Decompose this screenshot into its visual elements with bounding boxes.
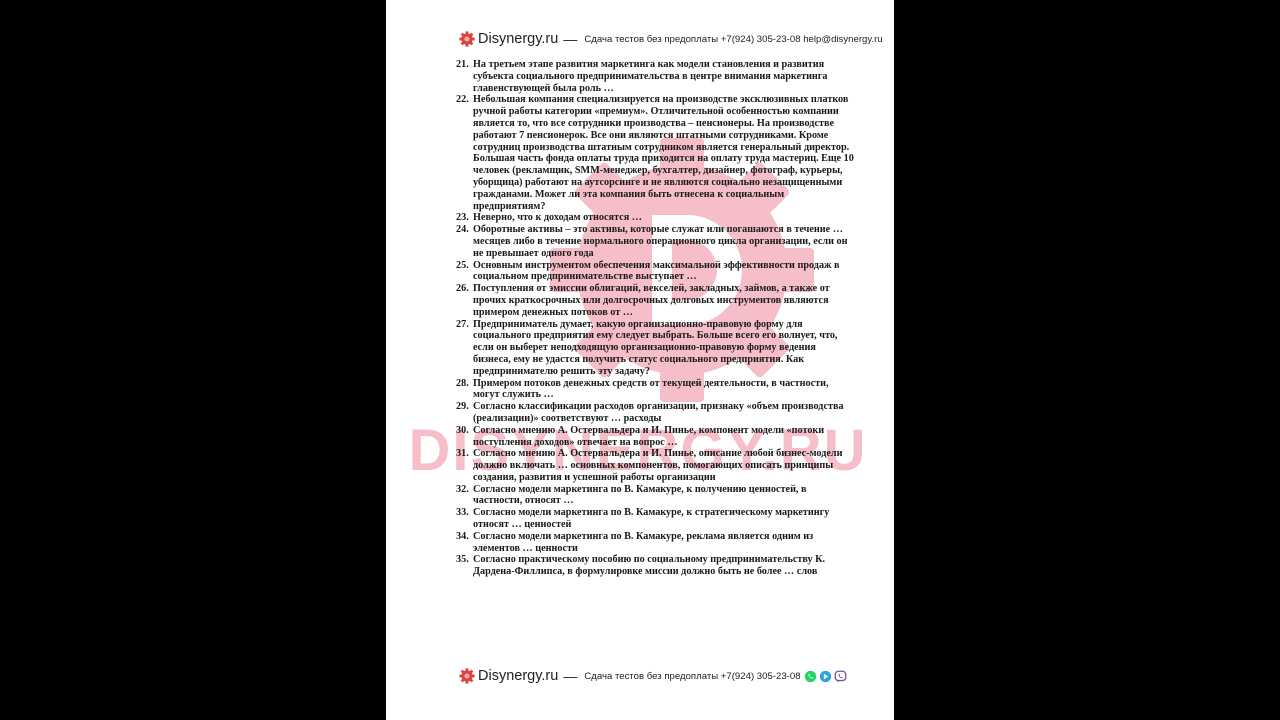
header-tagline: Сдача тестов без предоплаты +7(924) 305-… (584, 34, 882, 45)
question-text: Согласно практическому пособию по социал… (473, 554, 856, 578)
question-item: 34.Согласно модели маркетинга по В. Кама… (456, 531, 856, 555)
question-list: 21.На третьем этапе развития маркетинга … (456, 59, 856, 578)
question-item: 28.Примером потоков денежных средств от … (456, 378, 856, 402)
question-text: Согласно мнению А. Остервальдера и И. Пи… (473, 448, 856, 483)
question-number: 35. (456, 554, 473, 578)
question-text: Основным инструментом обеспечения максим… (473, 260, 856, 284)
question-text: Предприниматель думает, какую организаци… (473, 319, 856, 378)
question-text: Согласно модели маркетинга по В. Камакур… (473, 531, 856, 555)
page-header: Disynergy.ru — Сдача тестов без предопла… (459, 31, 883, 47)
page-footer: Disynergy.ru — Сдача тестов без предопла… (459, 668, 847, 684)
question-text: Согласно модели маркетинга по В. Камакур… (473, 484, 856, 508)
question-text: Оборотные активы – это активы, которые с… (473, 224, 856, 259)
gear-logo-icon (459, 668, 475, 684)
question-text: Поступления от эмиссии облигаций, вексел… (473, 283, 856, 318)
telegram-icon[interactable] (819, 670, 832, 683)
question-item: 24.Оборотные активы – это активы, которы… (456, 224, 856, 259)
question-number: 24. (456, 224, 473, 259)
question-item: 23.Неверно, что к доходам относятся … (456, 212, 856, 224)
question-item: 32.Согласно модели маркетинга по В. Кама… (456, 484, 856, 508)
question-number: 30. (456, 425, 473, 449)
question-item: 29.Согласно классификации расходов орган… (456, 401, 856, 425)
footer-tagline: Сдача тестов без предоплаты +7(924) 305-… (584, 671, 800, 682)
question-item: 22.Небольшая компания специализируется н… (456, 94, 856, 212)
question-text: Согласно классификации расходов организа… (473, 401, 856, 425)
viber-icon[interactable] (834, 670, 847, 683)
brand-name: Disynergy.ru (478, 668, 558, 684)
question-item: 35.Согласно практическому пособию по соц… (456, 554, 856, 578)
question-number: 34. (456, 531, 473, 555)
gear-logo-icon (459, 31, 475, 47)
document-page: DISYNERGY.RU Disynergy.ru — Сдача тестов… (386, 0, 894, 720)
question-number: 32. (456, 484, 473, 508)
social-icons (804, 670, 847, 683)
question-item: 21.На третьем этапе развития маркетинга … (456, 59, 856, 94)
whatsapp-icon[interactable] (804, 670, 817, 683)
question-text: Примером потоков денежных средств от тек… (473, 378, 856, 402)
question-text: На третьем этапе развития маркетинга как… (473, 59, 856, 94)
question-text: Неверно, что к доходам относятся … (473, 212, 856, 224)
question-text: Согласно мнению А. Остервальдера и И. Пи… (473, 425, 856, 449)
question-item: 25.Основным инструментом обеспечения мак… (456, 260, 856, 284)
question-number: 33. (456, 507, 473, 531)
separator-dash: — (563, 668, 577, 684)
separator-dash: — (563, 31, 577, 47)
question-number: 25. (456, 260, 473, 284)
question-number: 21. (456, 59, 473, 94)
question-number: 22. (456, 94, 473, 212)
question-item: 31.Согласно мнению А. Остервальдера и И.… (456, 448, 856, 483)
question-text: Небольшая компания специализируется на п… (473, 94, 856, 212)
question-item: 33.Согласно модели маркетинга по В. Кама… (456, 507, 856, 531)
question-number: 28. (456, 378, 473, 402)
question-item: 30.Согласно мнению А. Остервальдера и И.… (456, 425, 856, 449)
question-number: 26. (456, 283, 473, 318)
question-item: 26.Поступления от эмиссии облигаций, век… (456, 283, 856, 318)
question-number: 23. (456, 212, 473, 224)
question-text: Согласно модели маркетинга по В. Камакур… (473, 507, 856, 531)
question-number: 29. (456, 401, 473, 425)
question-item: 27.Предприниматель думает, какую организ… (456, 319, 856, 378)
brand-name: Disynergy.ru (478, 31, 558, 47)
question-number: 31. (456, 448, 473, 483)
question-number: 27. (456, 319, 473, 378)
